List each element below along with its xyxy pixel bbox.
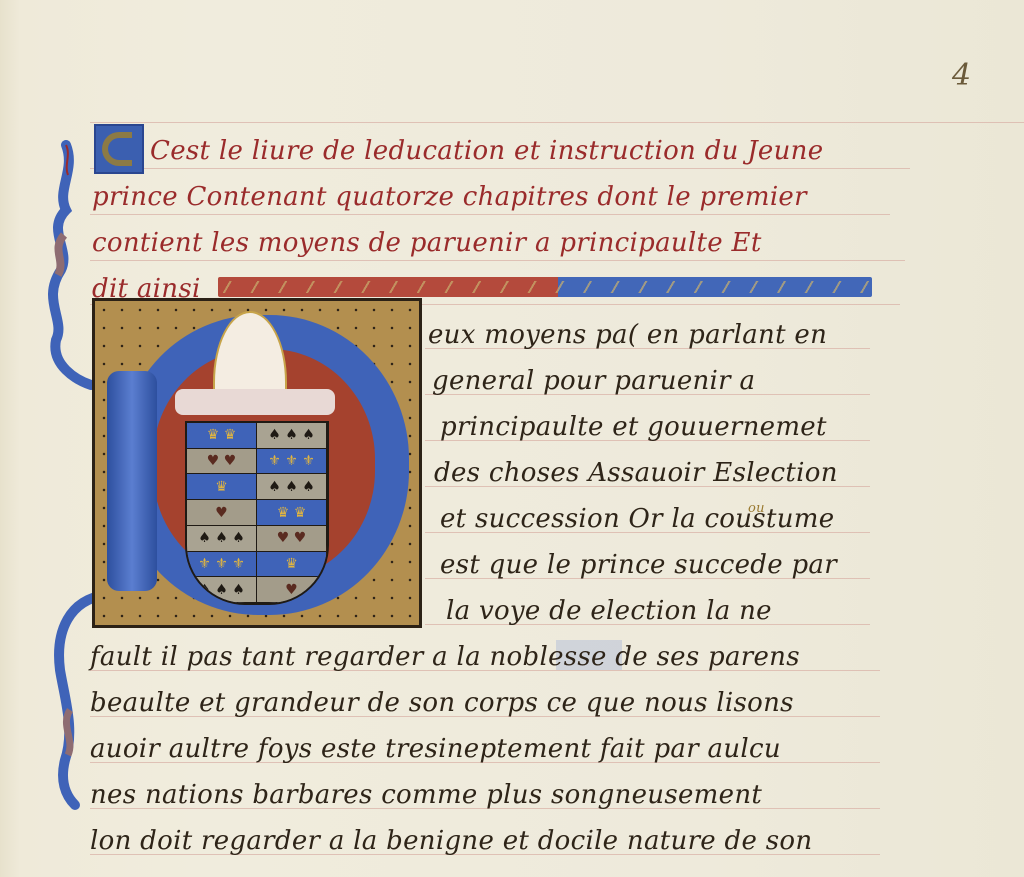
folio-number: 4: [952, 58, 971, 93]
body-line-3: principaulte et gouuernemet: [440, 412, 827, 442]
band-fleur-de-lis-icon: ⚜ ⚜ ⚜: [187, 552, 256, 578]
line-filler-bar: [218, 277, 872, 297]
band-hearts-icon: ♥ ♥: [187, 449, 256, 475]
interlinear-gloss: ou: [748, 494, 765, 524]
mantling-icon: [175, 389, 335, 415]
band-crown-icon: ♛: [187, 474, 256, 500]
body-line-4: des choses Assauoir Eslection: [434, 458, 838, 488]
band-ermine-icon: ♠ ♠ ♠: [187, 526, 256, 552]
rubric-line-1: Cest le liure de leducation et instructi…: [150, 136, 823, 166]
ruling-line: [90, 260, 905, 261]
manuscript-page: 4 Cest le liure de leducation et instruc…: [0, 0, 1024, 877]
marginal-flourish-top-icon: [36, 140, 96, 390]
body-line-1: eux moyens pa( en parlant en: [428, 320, 827, 350]
illuminated-initial-d: ♛ ♛ ♥ ♥ ♛ ♥ ♠ ♠ ♠ ⚜ ⚜ ⚜ ♠ ♠ ♠ ♠ ♠ ♠ ⚜ ⚜ …: [92, 298, 422, 628]
shield-dexter-half: ♛ ♛ ♥ ♥ ♛ ♥ ♠ ♠ ♠ ⚜ ⚜ ⚜ ♠ ♠ ♠: [187, 423, 257, 603]
body-line-8: fault il pas tant regarder a la noblesse…: [90, 642, 800, 672]
band-crown-icon: ♛: [257, 552, 326, 578]
initial-d-stem: [107, 371, 157, 591]
shield-sinister-half: ♠ ♠ ♠ ⚜ ⚜ ⚜ ♠ ♠ ♠ ♛ ♛ ♥ ♥ ♛ ♥: [257, 423, 327, 603]
ruling-line: [90, 214, 890, 215]
ruling-line: [90, 122, 1024, 123]
body-line-2: general pour paruenir a: [432, 366, 755, 396]
body-line-12: lon doit regarder a la benigne et docile…: [90, 826, 812, 856]
band-heart-icon: ♥: [187, 500, 256, 526]
body-line-7: la voye de election la ne: [446, 596, 772, 626]
rubric-line-2: prince Contenant quatorze chapitres dont…: [92, 182, 807, 212]
gold-letter-c-icon: [102, 132, 132, 166]
body-line-11: nes nations barbares comme plus songneus…: [90, 780, 762, 810]
band-crowns-icon: ♛ ♛: [257, 500, 326, 526]
body-line-5: et succession Or la coustume: [440, 504, 834, 534]
body-line-9: beaulte et grandeur de son corps ce que …: [90, 688, 794, 718]
decorated-initial-c: [94, 124, 144, 174]
band-ermine-icon: ♠ ♠ ♠: [257, 423, 326, 449]
band-fleur-de-lis-icon: ⚜ ⚜ ⚜: [257, 449, 326, 475]
body-line-6: est que le prince succede par: [440, 550, 837, 580]
band-crowns-icon: ♛ ♛: [187, 423, 256, 449]
ruling-line: [90, 168, 910, 169]
wave-pattern-icon: [218, 281, 872, 293]
rubric-line-3: contient les moyens de paruenir a princi…: [92, 228, 762, 258]
coat-of-arms-shield: ♛ ♛ ♥ ♥ ♛ ♥ ♠ ♠ ♠ ⚜ ⚜ ⚜ ♠ ♠ ♠ ♠ ♠ ♠ ⚜ ⚜ …: [185, 421, 329, 605]
band-ermine-icon: ♠ ♠ ♠: [257, 474, 326, 500]
body-line-10: auoir aultre foys este tresineptement fa…: [90, 734, 781, 764]
band-hearts-icon: ♥ ♥: [257, 526, 326, 552]
